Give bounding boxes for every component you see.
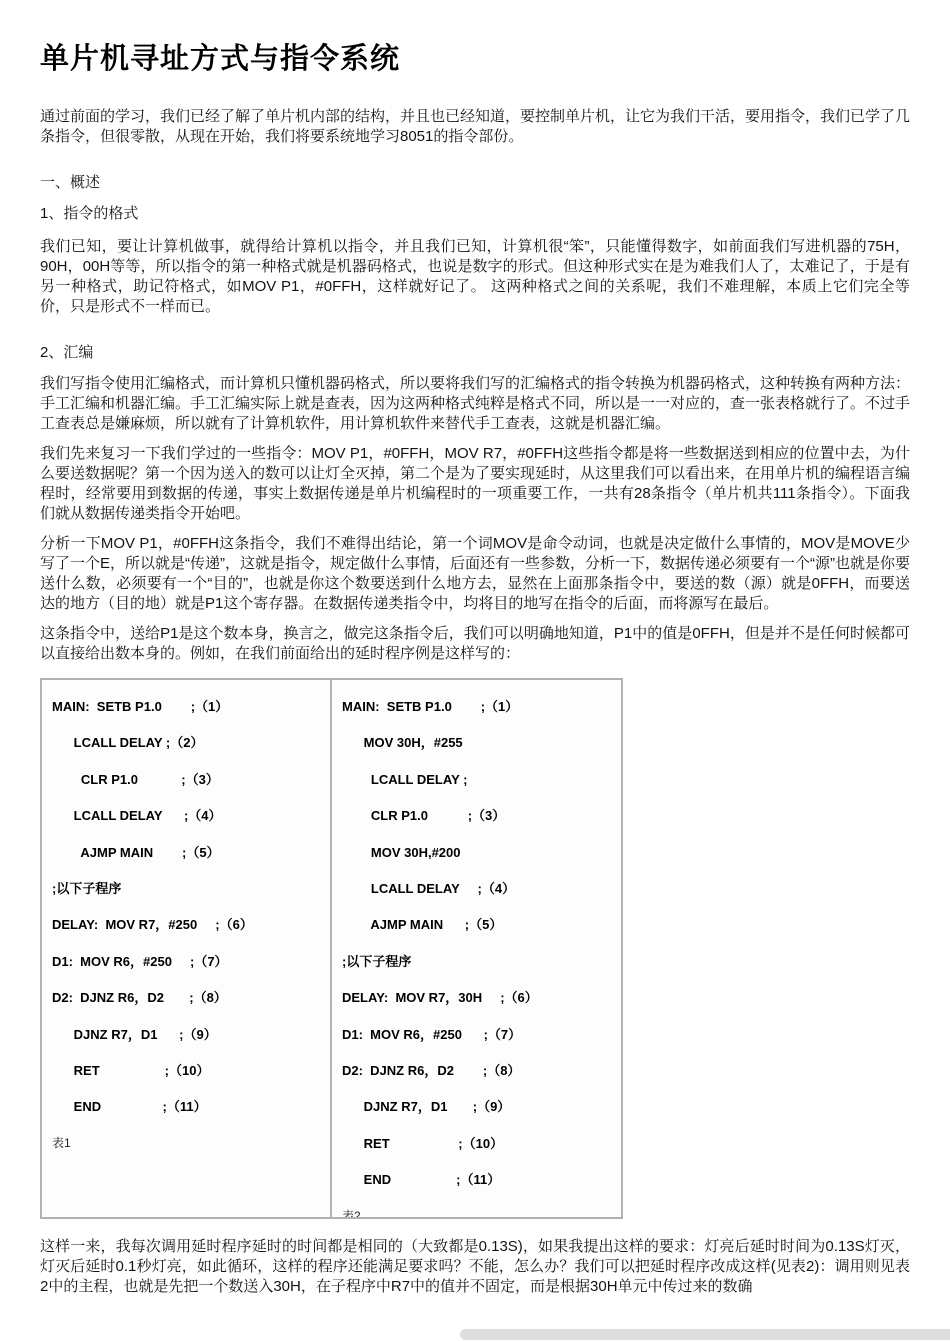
table2-cell: MAIN: SETB P1.0 ;（1） MOV 30H，#255 LCALL …: [332, 680, 621, 1217]
code-line: AJMP MAIN ;（5）: [342, 907, 617, 943]
table2-code-lines: MAIN: SETB P1.0 ;（1） MOV 30H，#255 LCALL …: [342, 689, 617, 1199]
code-line: LCALL DELAY ;（4）: [52, 798, 326, 834]
horizontal-scrollbar-thumb[interactable]: [460, 1329, 950, 1340]
code-line: D2: DJNZ R6，D2 ;（8）: [52, 980, 326, 1016]
code-line: LCALL DELAY ;（2）: [52, 725, 326, 761]
heading-instruction-format: 1、指令的格式: [40, 202, 910, 223]
section-heading-overview: 一、概述: [40, 171, 910, 192]
paragraph-assembly-conversion: 我们写指令使用汇编格式，而计算机只懂机器码格式，所以要将我们写的汇编格式的指令转…: [40, 374, 910, 434]
code-line: END ;（11）: [52, 1089, 326, 1125]
code-line: DELAY: MOV R7，#250 ;（6）: [52, 907, 326, 943]
code-line: AJMP MAIN ;（5）: [52, 835, 326, 871]
paragraph-instruction-format: 我们已知，要让计算机做事，就得给计算机以指令，并且我们已知，计算机很“笨”，只能…: [40, 237, 910, 317]
paragraph-instruction-review: 我们先来复习一下我们学过的一些指令：MOV P1，#0FFH，MOV R7，#0…: [40, 444, 910, 524]
code-line: DJNZ R7，D1 ;（9）: [342, 1089, 617, 1125]
code-line: MAIN: SETB P1.0 ;（1）: [342, 689, 617, 725]
code-line: MOV 30H，#255: [342, 725, 617, 761]
table1-caption: 表1: [52, 1134, 326, 1151]
code-line: MAIN: SETB P1.0 ;（1）: [52, 689, 326, 725]
code-line: DELAY: MOV R7，30H ;（6）: [342, 980, 617, 1016]
code-line: LCALL DELAY ;: [342, 762, 617, 798]
code-line: D1: MOV R6，#250 ;（7）: [342, 1017, 617, 1053]
code-line: CLR P1.0 ;（3）: [52, 762, 326, 798]
code-line: MOV 30H,#200: [342, 835, 617, 871]
code-line: RET ;（10）: [52, 1053, 326, 1089]
intro-paragraph: 通过前面的学习，我们已经了解了单片机内部的结构，并且也已经知道，要控制单片机，让…: [40, 107, 910, 147]
code-line: END ;（11）: [342, 1162, 617, 1198]
table2-caption: 表2: [342, 1207, 617, 1217]
paragraph-p1-value: 这条指令中，送给P1是这个数本身，换言之，做完这条指令后，我们可以明确地知道，P…: [40, 624, 910, 664]
page-title: 单片机寻址方式与指令系统: [40, 36, 910, 77]
paragraph-delay-discussion: 这样一来，我每次调用延时程序延时的时间都是相同的（大致都是0.13S)，如果我提…: [40, 1237, 910, 1297]
delay-program-table: MAIN: SETB P1.0 ;（1） LCALL DELAY ;（2） CL…: [40, 678, 623, 1219]
heading-assembly: 2、汇编: [40, 341, 910, 362]
code-line: CLR P1.0 ;（3）: [342, 798, 617, 834]
paragraph-mov-analysis: 分析一下MOV P1，#0FFH这条指令，我们不难得出结论，第一个词MOV是命令…: [40, 534, 910, 614]
table1-cell: MAIN: SETB P1.0 ;（1） LCALL DELAY ;（2） CL…: [42, 680, 332, 1217]
code-line: D2: DJNZ R6，D2 ;（8）: [342, 1053, 617, 1089]
code-line: ;以下子程序: [52, 871, 326, 907]
code-line: DJNZ R7，D1 ;（9）: [52, 1017, 326, 1053]
code-line: RET ;（10）: [342, 1126, 617, 1162]
table1-code-lines: MAIN: SETB P1.0 ;（1） LCALL DELAY ;（2） CL…: [52, 689, 326, 1126]
code-line: D1: MOV R6，#250 ;（7）: [52, 944, 326, 980]
code-line: LCALL DELAY ;（4）: [342, 871, 617, 907]
article-body: 单片机寻址方式与指令系统 通过前面的学习，我们已经了解了单片机内部的结构，并且也…: [0, 0, 950, 1297]
code-line: ;以下子程序: [342, 944, 617, 980]
